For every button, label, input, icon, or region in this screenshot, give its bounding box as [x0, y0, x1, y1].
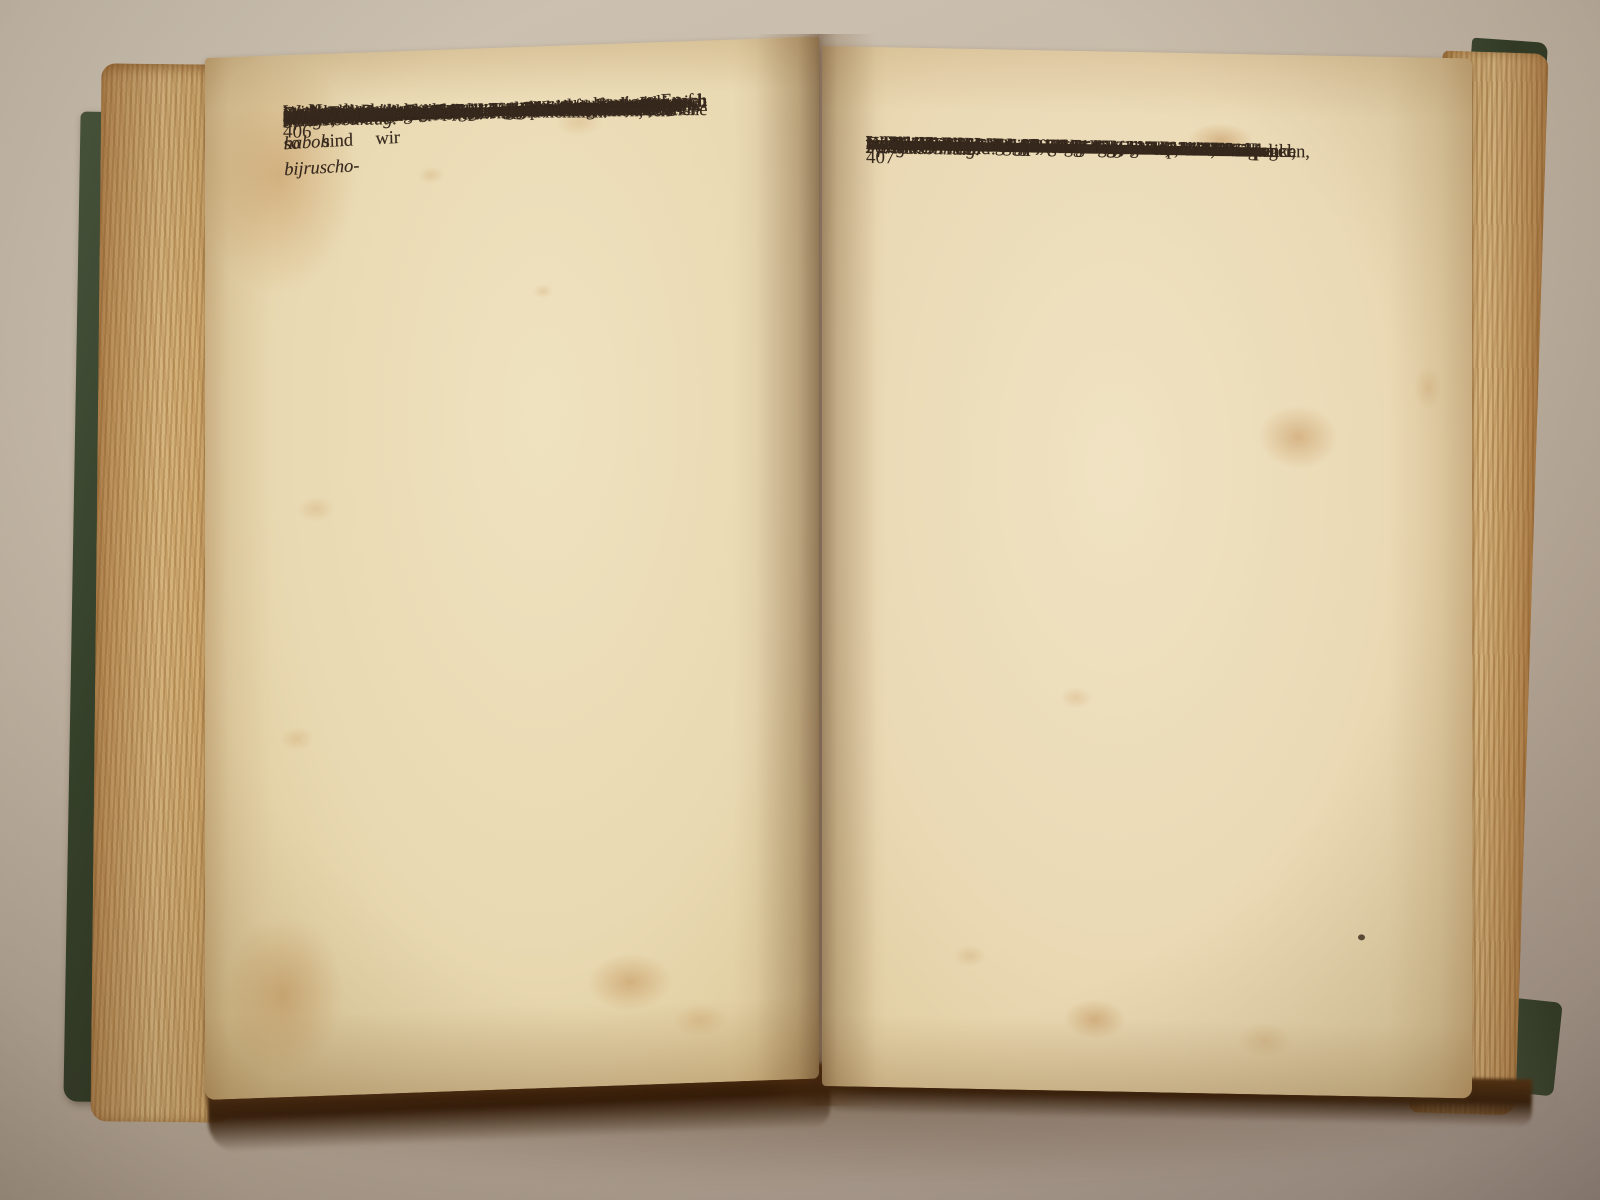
- stain-mark: [1414, 365, 1442, 410]
- left-page-lines: mache, wie vom damaligen Nichts zu den h…: [283, 87, 795, 105]
- stain-mark: [297, 495, 335, 522]
- right-page-lines: Pfingstsonntag.Zwei Burschen der „Kadima…: [866, 131, 1372, 141]
- stain-mark: [533, 284, 553, 299]
- left-page-text: mache, wie vom damaligen Nichts zu den h…: [283, 87, 795, 105]
- stain-mark: [673, 1002, 727, 1038]
- right-page-text: Pfingstsonntag.Zwei Burschen der „Kadima…: [866, 131, 1372, 141]
- left-page: mache, wie vom damaligen Nichts zu den h…: [205, 37, 819, 1100]
- stain-mark: [1258, 404, 1338, 470]
- stain-mark: [417, 166, 445, 185]
- ink-speck: [1358, 934, 1365, 940]
- book-photo: mache, wie vom damaligen Nichts zu den h…: [0, 0, 1600, 1200]
- text-line: würde die Sache schon in die Hand nehmen…: [283, 100, 608, 126]
- stain-mark: [1060, 687, 1092, 710]
- left-page-number: 406: [283, 121, 312, 143]
- stain-mark: [1064, 999, 1126, 1040]
- right-page: Pfingstsonntag.Zwei Burschen der „Kadima…: [822, 46, 1472, 1098]
- stain-mark: [280, 726, 314, 751]
- stain-mark: [954, 945, 986, 968]
- stain-mark: [1238, 1022, 1292, 1059]
- stain-mark: [587, 952, 673, 1013]
- right-page-number: 407: [866, 147, 897, 170]
- stain-mark: [223, 913, 343, 1077]
